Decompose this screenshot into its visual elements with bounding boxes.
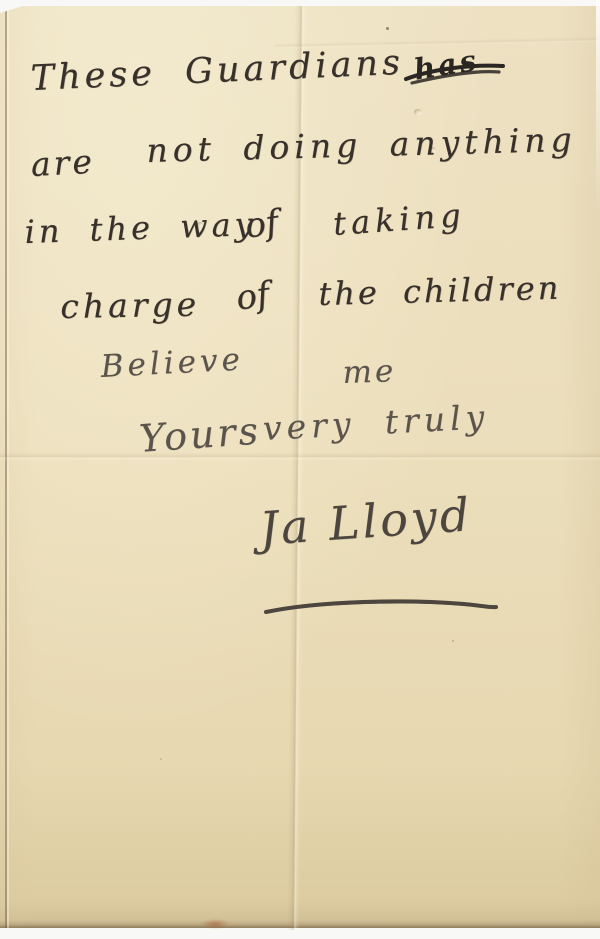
horizontal-fold-crease [0, 452, 600, 461]
bottom-edge-stain [201, 919, 229, 929]
paper-dimple [414, 109, 422, 115]
letter-line3-part1: in the way [24, 208, 257, 248]
letter-line3-part2: of [243, 205, 280, 243]
signature: Ja Lloyd [258, 491, 474, 552]
valediction-believe: Believe [100, 345, 245, 383]
strike-scribble [402, 58, 510, 88]
scan-corner-top-left [0, 5, 26, 13]
paper-speck [452, 640, 454, 642]
letter-line3-part3: taking [332, 199, 467, 240]
letter-line2-word1: are [30, 145, 96, 181]
left-edge-crease-highlight [7, 6, 9, 928]
paper-speck [386, 27, 389, 30]
scan-edge-top [0, 0, 600, 6]
letter-line4-part1: charge [60, 288, 200, 323]
letter-line4-part3: the children [318, 272, 562, 310]
letter-line4-part2: of [234, 277, 271, 315]
scanned-letter-page: These Guardians has are not doing anythi… [0, 0, 600, 939]
signature-underline-flourish [262, 596, 500, 620]
paper-right-edge-highlight [596, 0, 600, 235]
scan-edge-bottom [0, 930, 600, 939]
letter-line2-rest: not doing anything [146, 123, 577, 167]
paper-speck [160, 758, 162, 760]
valediction-me: me [342, 356, 397, 389]
valediction-yours: Yours [138, 412, 262, 458]
